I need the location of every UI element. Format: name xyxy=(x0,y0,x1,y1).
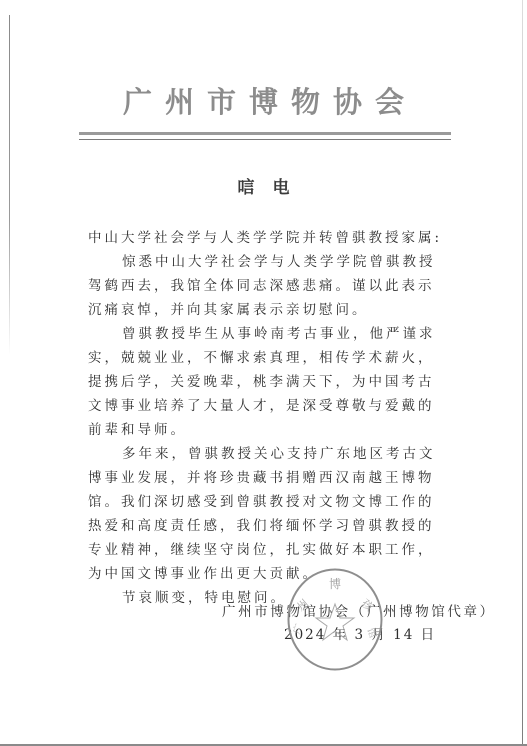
signature-organization: 广州市博物馆协会（广州博物馆代章） xyxy=(222,601,496,623)
letterhead-rule-thick xyxy=(79,132,451,135)
document-title: 唁电 xyxy=(0,176,527,200)
paragraph-condolence: 惊悉中山大学社会学与人类学学院曾骐教授驾鹤西去，我馆全体同志深感悲痛。谨以此表示… xyxy=(88,250,444,322)
letter-body: 中山大学社会学与人类学学院并转曾骐教授家属: 惊悉中山大学社会学与人类学学院曾骐… xyxy=(88,226,444,610)
letterhead-rule-thin xyxy=(79,139,451,140)
paragraph-career: 曾骐教授毕生从事岭南考古事业，他严谨求实，兢兢业业，不懈求索真理，相传学术薪火，… xyxy=(88,322,444,442)
letter-page: 广州市博物协会 唁电 中山大学社会学与人类学学院并转曾骐教授家属: 惊悉中山大学… xyxy=(0,0,527,746)
salutation: 中山大学社会学与人类学学院并转曾骐教授家属: xyxy=(88,226,444,250)
signature-date: 2024 年 3 月 14 日 xyxy=(284,624,436,646)
paragraph-contribution: 多年来，曾骐教授关心支持广东地区考古文博事业发展，并将珍贵藏书捐赠西汉南越王博物… xyxy=(88,442,444,586)
letterhead-organization: 广州市博物协会 xyxy=(0,82,527,122)
